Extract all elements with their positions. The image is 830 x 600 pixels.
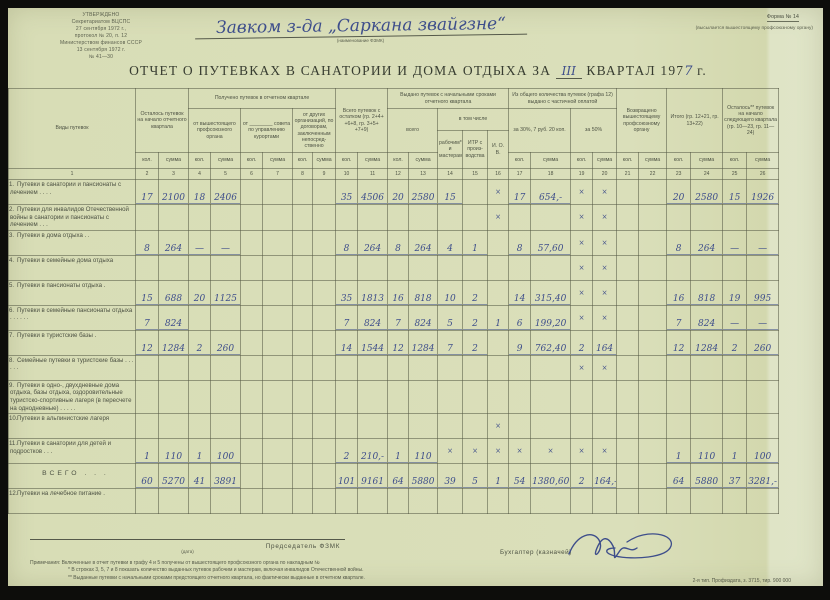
column-number: 20 [593,169,617,180]
table-cell [159,205,189,231]
table-cell [189,380,211,413]
table-cell: 4 [438,230,463,255]
table-row: 8.Семейные путевки в туристские базы . .… [9,355,779,380]
table-row: 7.Путевки в туристские базы . 1212842260… [9,330,779,355]
table-cell: 10 [438,280,463,305]
table-cell: × [593,355,617,380]
table-row: 4.Путевки в семейные дома отдыха ×× [9,255,779,280]
quarter-handwritten: III [556,64,582,79]
table-cell [136,414,159,439]
column-number: 15 [463,169,488,180]
table-cell: — [747,305,779,330]
table-cell [488,330,509,355]
table-cell [136,489,159,514]
row-label: 11.Путевки в санатории для детей и подро… [9,439,136,464]
table-cell [336,380,358,413]
column-number: 18 [531,169,571,180]
table-cell [358,255,388,280]
subheader-summa: сумма [691,153,723,169]
table-cell [159,489,189,514]
table-cell [409,489,438,514]
table-cell [531,255,571,280]
table-cell [336,205,358,231]
table-cell [293,280,313,305]
subheader-summa: сумма [409,153,438,169]
table-cell [241,355,263,380]
table-cell [488,380,509,413]
table-cell [293,380,313,413]
table-cell: × [571,439,593,464]
table-row: 6.Путевки в семейные пансионаты отдыха .… [9,305,779,330]
table-cell: 18 [189,180,211,205]
table-cell [409,380,438,413]
table-cell [189,414,211,439]
date-caption: (дата) [181,549,194,554]
table-cell [488,255,509,280]
table-cell [211,355,241,380]
subheader-kol: кол. [189,153,211,169]
table-cell [388,355,409,380]
table-cell [691,255,723,280]
table-cell [263,205,293,231]
subheader-summa: сумма [313,153,336,169]
table-cell: × [488,414,509,439]
table-cell [241,439,263,464]
table-cell [691,205,723,231]
table-cell [263,355,293,380]
table-cell [667,205,691,231]
table-cell [639,439,667,464]
table-cell: × [593,305,617,330]
table-cell: — [189,230,211,255]
table-cell [293,414,313,439]
row-label: ВСЕГО . . . [9,464,136,489]
report-title: ОТЧЕТ О ПУТЕВКАХ В САНАТОРИИ И ДОМА ОТДЫ… [68,63,768,79]
table-row: 5.Путевки в пансионаты отдыха . 15688201… [9,280,779,305]
table-cell [438,380,463,413]
header-za-30: за 30%, 7 руб. 20 коп. [509,109,571,153]
table-cell: 35 [336,180,358,205]
table-cell: 12 [136,330,159,355]
table-cell [241,380,263,413]
table-cell: 1813 [358,280,388,305]
table-cell [313,330,336,355]
table-cell [509,414,531,439]
table-cell: 2406 [211,180,241,205]
table-cell [211,380,241,413]
column-number: 2 [136,169,159,180]
column-number: 17 [509,169,531,180]
vouchers-table: Виды путевок Осталось путевок на начало … [8,88,779,514]
table-cell: × [488,180,509,205]
subheader-kol: кол. [241,153,263,169]
title-text: ОТЧЕТ О ПУТЕВКАХ В САНАТОРИИ И ДОМА ОТДЫ… [129,63,551,78]
table-cell: 1 [136,439,159,464]
table-cell [593,489,617,514]
table-cell [747,380,779,413]
table-cell [241,305,263,330]
column-number: 8 [293,169,313,180]
table-cell: 818 [691,280,723,305]
header-ot-vyshestoyashchego: от выше­стоящего профсоюзного органа [189,109,241,153]
table-cell: 110 [159,439,189,464]
row-label: 3.Путевки в дома отдыха . . [9,230,136,255]
table-cell [691,489,723,514]
table-cell [667,355,691,380]
table-cell [639,464,667,489]
table-row: 12.Путевки на лечебное питание . [9,489,779,514]
table-row: 2.Путевки для инвалидов Отече­ственной в… [9,205,779,231]
table-cell: × [488,439,509,464]
table-cell [617,489,639,514]
table-cell [691,355,723,380]
approval-line: 13 сентября 1972 г. [26,47,176,54]
scanned-form: УТВЕРЖДЕНО Секретариатом ВЦСПС 27 сентяб… [8,8,823,586]
table-cell: 17 [509,180,531,205]
table-cell [136,205,159,231]
table-cell: 824 [159,305,189,330]
table-cell: × [509,439,531,464]
table-cell: 824 [358,305,388,330]
table-cell [747,489,779,514]
subheader-summa: сумма [263,153,293,169]
table-cell: 35 [336,280,358,305]
table-cell [293,230,313,255]
column-number: 4 [189,169,211,180]
table-row: 3.Путевки в дома отдыха . . 8264——826482… [9,230,779,255]
table-cell: 41 [189,464,211,489]
table-cell [747,355,779,380]
table-cell [211,489,241,514]
subheader-summa: сумма [593,153,617,169]
row-label: 1.Путевки в санатории и пансио­наты с ле… [9,180,136,205]
table-cell: 15 [438,180,463,205]
table-cell [409,355,438,380]
subheader-kol: кол. [509,153,531,169]
table-cell: × [571,280,593,305]
colnum-row: 1234567891011121314151617181920212223242… [9,169,779,180]
table-cell: 2 [463,280,488,305]
table-cell [313,305,336,330]
table-cell [263,380,293,413]
row-label: 12.Путевки на лечебное питание . [9,489,136,514]
table-cell: 762,40 [531,330,571,355]
table-cell: 17 [136,180,159,205]
table-cell: 60 [136,464,159,489]
table-cell [313,355,336,380]
table-cell: × [593,180,617,205]
column-number: 22 [639,169,667,180]
table-cell: 1284 [409,330,438,355]
row-label: 2.Путевки для инвалидов Отече­ственной в… [9,205,136,231]
table-cell: × [571,205,593,231]
table-cell [488,489,509,514]
table-cell: 5 [463,464,488,489]
table-body: 1.Путевки в санатории и пансио­наты с ле… [9,180,779,514]
table-cell: 164,- [593,464,617,489]
table-cell [509,489,531,514]
table-cell: × [571,355,593,380]
table-cell [531,414,571,439]
table-cell [313,489,336,514]
table-cell: 1 [488,305,509,330]
table-cell [189,305,211,330]
header-vsego-s-ostatkom: Всего путевок с остатком (гр. 2+4+ +6+8,… [336,89,388,153]
table-cell: 20 [667,180,691,205]
table-cell [723,255,747,280]
table-cell [617,305,639,330]
table-cell: × [571,255,593,280]
table-cell [667,414,691,439]
table-cell: 1 [488,464,509,489]
table-cell [617,205,639,231]
table-cell [263,489,293,514]
table-cell: 995 [747,280,779,305]
table-cell: × [593,280,617,305]
table-cell: 64 [667,464,691,489]
table-cell [241,280,263,305]
table-cell: 1544 [358,330,388,355]
table-cell: 1380,60 [531,464,571,489]
table-cell [263,280,293,305]
table-cell: 110 [691,439,723,464]
row-label: 5.Путевки в пансионаты отдыха . [9,280,136,305]
table-cell [388,489,409,514]
table-cell [313,464,336,489]
column-number: 11 [358,169,388,180]
table-cell [358,205,388,231]
column-number: 13 [409,169,438,180]
table-cell [639,305,667,330]
table-cell [593,380,617,413]
table-cell [667,489,691,514]
table-cell: — [747,230,779,255]
table-cell: 824 [691,305,723,330]
table-cell [136,380,159,413]
table-cell: 15 [723,180,747,205]
table-cell [723,414,747,439]
row-label: 9.Путевки в одно-, двухдневные дома отды… [9,380,136,413]
table-cell: — [723,230,747,255]
approval-line: протокол № 20, п. 12 [26,33,176,40]
approval-line: Министерством финансов СССР [26,40,176,47]
table-cell [691,380,723,413]
approval-line: 27 сентября 1972 г., [26,26,176,33]
table-cell: 2 [463,330,488,355]
header-za-50: за 50% [571,109,617,153]
table-cell [388,414,409,439]
table-cell [509,355,531,380]
table-cell [723,355,747,380]
table-cell [691,414,723,439]
column-number: 12 [388,169,409,180]
header-polucheno: Получено путевок в отчетном квартале [189,89,336,109]
table-cell: 39 [438,464,463,489]
header-ot-drugih: от других организаций, по договорам, зак… [293,109,336,153]
table-cell: 2 [571,330,593,355]
table-cell [438,414,463,439]
table-cell: 164 [593,330,617,355]
table-cell [293,464,313,489]
table-cell: 2 [571,464,593,489]
subheader-summa: сумма [211,153,241,169]
table-cell: 210,- [358,439,388,464]
table-cell: 8 [667,230,691,255]
table-cell [263,255,293,280]
header-rabochim: рабочим* и мастерам [438,131,463,169]
table-cell: 264 [691,230,723,255]
table-cell [211,414,241,439]
row-label: 6.Путевки в семейные пансионаты отдыха .… [9,305,136,330]
table-cell [409,205,438,231]
table-cell [136,355,159,380]
table-cell: 9 [509,330,531,355]
subheader-kol: кол. [571,153,593,169]
table-cell: 688 [159,280,189,305]
table-cell [617,414,639,439]
table-cell: 37 [723,464,747,489]
table-cell: 8 [336,230,358,255]
table-cell [723,489,747,514]
table-cell [336,255,358,280]
table-cell: 199,20 [531,305,571,330]
table-cell: 110 [409,439,438,464]
table-cell [639,355,667,380]
table-cell [336,355,358,380]
table-cell [159,355,189,380]
title-text: г. [697,63,707,78]
table-cell: 15 [136,280,159,305]
table-cell [293,439,313,464]
table-cell [617,180,639,205]
table-cell: 5 [438,305,463,330]
table-cell [336,414,358,439]
subheader-kol: кол. [388,153,409,169]
table-cell: 5880 [409,464,438,489]
table-cell: 1284 [691,330,723,355]
table-cell [723,380,747,413]
table-cell [639,280,667,305]
table-cell [313,180,336,205]
header-vozvrashcheno: Возвращено вышестоящему профсоюзному орг… [617,89,667,153]
table-cell [313,439,336,464]
row-label: 10.Путевки в альпинистские лагеря [9,414,136,439]
table-cell: 7 [438,330,463,355]
table-cell: 100 [747,439,779,464]
table-cell [747,255,779,280]
table-cell [531,205,571,231]
table-cell [263,230,293,255]
table-cell [531,489,571,514]
column-number: 24 [691,169,723,180]
table-cell [189,489,211,514]
table-cell [463,205,488,231]
table-cell: 1 [667,439,691,464]
table-row: 11.Путевки в санатории для детей и подро… [9,439,779,464]
table-cell [438,205,463,231]
column-number: 3 [159,169,189,180]
table-cell [189,205,211,231]
column-number: 23 [667,169,691,180]
approval-line: Секретариатом ВЦСПС [26,19,176,26]
table-cell [313,414,336,439]
year-handwritten: 7 [684,64,692,79]
subheader-kol: кол. [723,153,747,169]
table-cell [388,380,409,413]
subheader-kol: кол. [136,153,159,169]
form-number: Форма № 14 [767,14,799,22]
table-cell [617,439,639,464]
table-cell: 20 [388,180,409,205]
table-cell [747,414,779,439]
table-cell [358,414,388,439]
table-cell [241,205,263,231]
table-cell [639,230,667,255]
table-cell [211,255,241,280]
column-number: 1 [9,169,136,180]
table-row: 9.Путевки в одно-, двухдневные дома отды… [9,380,779,413]
table-total-row: ВСЕГО . . . 6052704138911019161645880395… [9,464,779,489]
table-cell: × [463,439,488,464]
table-cell [313,255,336,280]
table-cell [409,414,438,439]
column-number: 10 [336,169,358,180]
table-cell: 19 [723,280,747,305]
table-cell: 260 [747,330,779,355]
header-vsego: всего [388,109,438,153]
table-cell [358,380,388,413]
org-name-handwritten: Завком з-да „Саркана звайгзне“ [194,14,526,40]
table-cell: 2100 [159,180,189,205]
table-row: 10.Путевки в альпинистские лагеря × [9,414,779,439]
table-cell [571,380,593,413]
table-cell [263,439,293,464]
table-cell [463,414,488,439]
table-cell [639,330,667,355]
table-cell: 1125 [211,280,241,305]
header-v-tom-chisle: в том числе [438,109,509,131]
table-cell: 6 [509,305,531,330]
table-cell [488,230,509,255]
org-name-caption: (наименование ФЗМК) [193,38,528,43]
table-cell: 2580 [409,180,438,205]
table-cell: 12 [388,330,409,355]
header-ostalos-sled: Осталось** путевок на начало следующего … [723,89,779,153]
column-number: 21 [617,169,639,180]
table-cell [531,355,571,380]
table-cell: 3891 [211,464,241,489]
table-cell [293,330,313,355]
header-itr: ИТР с произ­водства [463,131,488,169]
table-cell [136,255,159,280]
table-cell [593,414,617,439]
table-cell [509,255,531,280]
table-cell: 14 [509,280,531,305]
table-cell: 16 [667,280,691,305]
table-cell [639,489,667,514]
table-cell: 264 [159,230,189,255]
table-cell: × [571,305,593,330]
form-number-note: (высылается вышестоящему профсоюзному ор… [696,26,813,31]
table-cell: 5270 [159,464,189,489]
approval-stamp: УТВЕРЖДЕНО Секретариатом ВЦСПС 27 сентяб… [26,12,176,61]
subheader-kol: кол. [336,153,358,169]
table-cell [438,355,463,380]
table-cell [617,330,639,355]
row-label: 7.Путевки в туристские базы . [9,330,136,355]
table-cell [313,205,336,231]
table-cell [241,180,263,205]
